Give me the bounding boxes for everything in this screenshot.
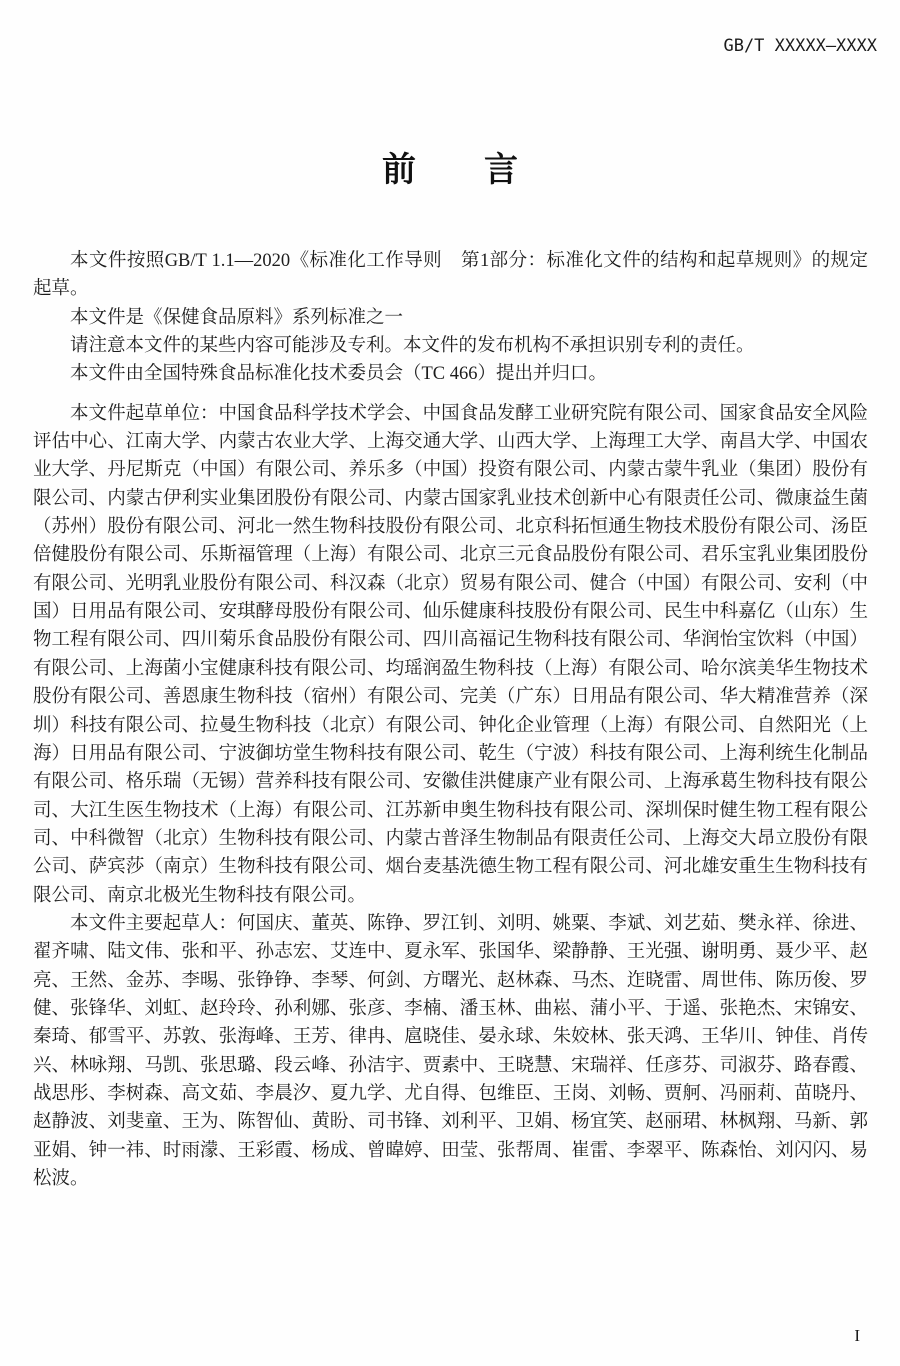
foreword-paragraph-drafters: 本文件主要起草人：何国庆、董英、陈铮、罗江钊、刘明、姚粟、李斌、刘艺茹、樊永祥、… [33,910,868,1193]
foreword-paragraph-committee: 本文件由全国特殊食品标准化技术委员会（TC 466）提出并归口。 [33,360,868,388]
foreword-title: 前 言 [0,142,900,191]
foreword-paragraph-drafting-organizations: 本文件起草单位：中国食品科学技术学会、中国食品发酵工业研究院有限公司、国家食品安… [33,400,868,910]
document-page: GB/T XXXXX—XXXX 前 言 本文件按照GB/T 1.1—2020《标… [0,0,900,1366]
foreword-paragraph-basis: 本文件按照GB/T 1.1—2020《标准化工作导则 第1部分：标准化文件的结构… [33,247,868,304]
foreword-paragraph-patent-notice: 请注意本文件的某些内容可能涉及专利。本文件的发布机构不承担识别专利的责任。 [33,332,868,360]
foreword-body: 本文件按照GB/T 1.1—2020《标准化工作导则 第1部分：标准化文件的结构… [33,247,868,1193]
standard-code-header: GB/T XXXXX—XXXX [723,36,877,56]
foreword-paragraph-series: 本文件是《保健食品原料》系列标准之一 [33,304,868,332]
page-number: I [854,1326,860,1346]
